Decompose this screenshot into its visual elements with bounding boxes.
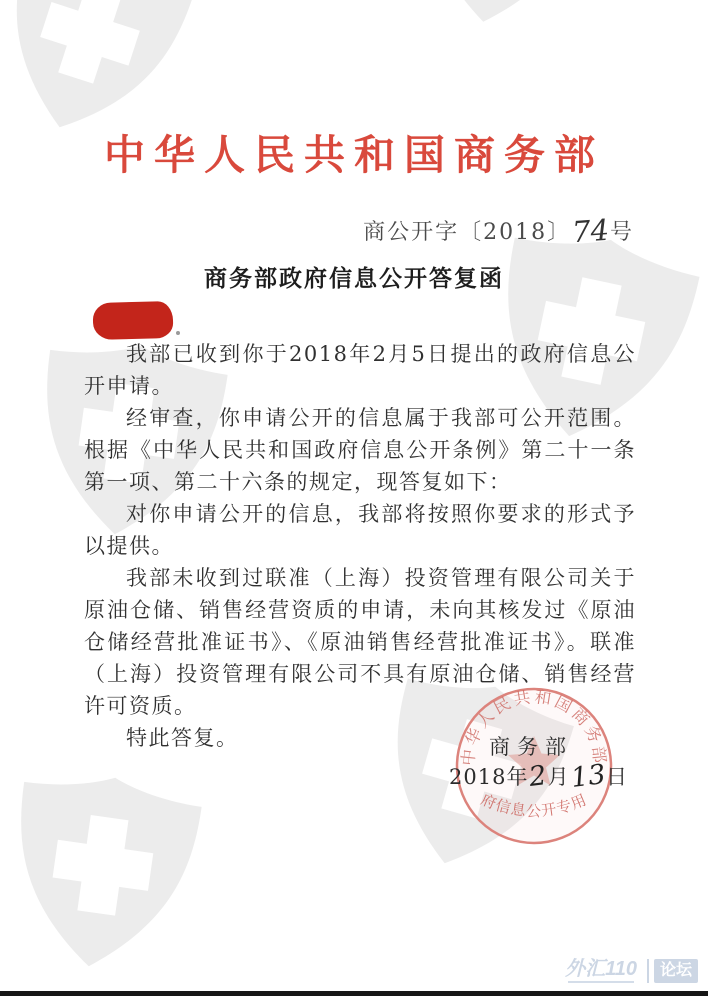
month-unit: 月 (548, 765, 570, 789)
doc-number-prefix: 商公开字〔2018〕 (363, 220, 571, 245)
month-handwritten: 2 (528, 760, 549, 793)
day-handwritten: 13 (569, 759, 607, 794)
doc-number: 商公开字〔2018〕74号 (363, 212, 634, 246)
logo-brand: 外汇110 (565, 959, 637, 979)
doc-number-suffix: 号 (610, 220, 634, 245)
redaction-block (93, 301, 174, 340)
day-unit: 日 (606, 765, 628, 789)
logo-forum-badge: 论坛 (654, 959, 698, 983)
doc-number-handwritten: 74 (571, 213, 610, 249)
shield-cross-watermark-icon (404, 0, 591, 36)
logo-underbar (568, 981, 634, 983)
subject-title: 商务部政府信息公开答复函 (0, 260, 708, 293)
paragraph: 对你申请公开的信息，我部将按照你要求的形式予以提供。 (84, 498, 636, 562)
logo-divider (647, 959, 649, 983)
redaction-trailing-dot (176, 331, 180, 335)
signature-date: 2018年2月13日 (449, 760, 628, 791)
scanned-document-page: 中华人民共和国商务部 商公开字〔2018〕74号 商务部政府信息公开答复函 我部… (0, 0, 708, 1000)
shield-cross-watermark-icon (0, 765, 204, 978)
paragraph: 我部已收到你于2018年2月5日提出的政府信息公开申请。 (84, 338, 636, 402)
letterhead-title: 中华人民共和国商务部 (0, 122, 708, 181)
footer-logo: 外汇110 论坛 (565, 959, 698, 983)
logo-brand-wrap: 外汇110 (565, 959, 637, 983)
date-prefix: 2018年 (449, 765, 528, 789)
signature-org: 商务部 (489, 731, 573, 761)
paragraph: 经审查，你申请公开的信息属于我部可公开范围。根据《中华人民共和国政府信息公开条例… (84, 402, 636, 498)
bottom-border-line (0, 991, 708, 996)
